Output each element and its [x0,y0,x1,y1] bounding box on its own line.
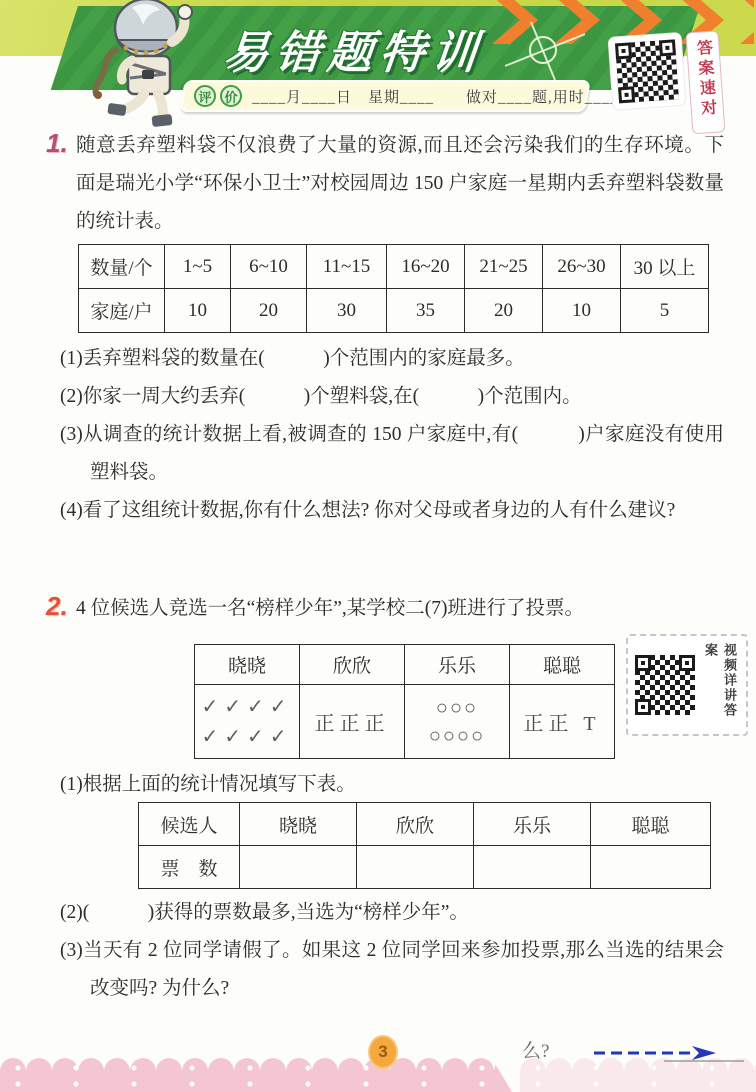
question: (1)根据上面的统计情况填写下表。 [46,766,724,804]
problem-2-number: 2. [46,591,68,622]
check-marks-icon: ✓✓✓✓ [197,692,297,722]
tally-marks: 正正正 [315,713,390,735]
problem-2: 2. 4 位候选人竞选一名“榜样少年”,某学校二(7)班进行了投票。 [46,590,724,628]
eval-badge-1: 评 [194,85,216,107]
qr-code-icon [635,655,695,715]
table-row: 票 数 [139,846,711,889]
table-cell: 乐乐 [474,803,591,846]
question: (1)丢弃塑料袋的数量在( )个范围内的家庭最多。 [46,340,724,378]
table-cell: 晓晓 [195,645,300,685]
page-title: 易错题特训 [221,16,488,81]
table-cell: 1~5 [165,245,231,289]
paper-plane-trail-icon [594,1044,744,1064]
table-cell: 5 [621,289,709,333]
tally-marks: 正正 T [523,713,600,735]
circle-marks-icon: ○○○○ [407,722,507,750]
evaluation-bar: 评 价 ____月____日 星期____ 做对____题,用时____分 [179,80,591,112]
table-cell-empty [357,846,474,889]
problem-2-question-1: (1)根据上面的统计情况填写下表。 [46,766,724,804]
problem-1: 1. 随意丢弃塑料袋不仅浪费了大量的资源,而且还会污染我们的生存环境。下面是瑞光… [46,127,724,241]
table-cell: 20 [231,289,307,333]
problem-2-intro: 4 位候选人竞选一名“榜样少年”,某学校二(7)班进行了投票。 [76,590,724,628]
tally-cell-congcong: 正正 T [510,685,615,759]
table-cell: 30 [307,289,387,333]
question: (2)你家一周大约丢弃( )个塑料袋,在( )个范围内。 [46,378,724,416]
table-cell: 10 [543,289,621,333]
table-cell: 乐乐 [405,645,510,685]
table-cell: 6~10 [231,245,307,289]
question: (3)从调查的统计数据上看,被调查的 150 户家庭中,有( )户家庭没有使用塑… [46,416,724,492]
check-marks-icon: ✓✓✓✓ [197,722,297,752]
workbook-page: 易错题特训 评 价 ____月____日 星期____ 做对____题,用时__… [0,0,756,1092]
table-cell: 候选人 [139,803,240,846]
table-cell-empty [591,846,711,889]
table-cell: 11~15 [307,245,387,289]
table-cell: 票 数 [139,846,240,889]
table-cell-empty [474,846,591,889]
bleed-through-text: 么? [522,1036,549,1063]
plastic-bag-table: 数量/个 1~5 6~10 11~15 16~20 21~25 26~30 30… [78,244,709,333]
table-row: 家庭/户 10 20 30 35 20 10 5 [79,289,709,333]
table-row: ✓✓✓✓ ✓✓✓✓ 正正正 ○○○ ○○○○ 正正 T [195,685,615,759]
eval-blanks-line: ____月____日 星期____ 做对____题,用时____分 [252,86,635,107]
tally-cell-xiaoxiao: ✓✓✓✓ ✓✓✓✓ [195,685,300,759]
astronaut-mascot [86,0,198,130]
table-cell: 26~30 [543,245,621,289]
question: (4)看了这组统计数据,你有什么想法? 你对父母或者身边的人有什么建议? [46,492,724,530]
eval-badge-2: 价 [220,85,242,107]
table-cell: 欣欣 [300,645,405,685]
table-cell: 20 [465,289,543,333]
footer-pink-scallop [0,1058,512,1092]
table-cell: 数量/个 [79,245,165,289]
problem-1-number: 1. [46,128,68,159]
page-number-badge: 3 [368,1035,398,1069]
table-row: 数量/个 1~5 6~10 11~15 16~20 21~25 26~30 30… [79,245,709,289]
problem-1-questions: (1)丢弃塑料袋的数量在( )个范围内的家庭最多。 (2)你家一周大约丢弃( )… [46,340,724,530]
table-cell: 10 [165,289,231,333]
answer-qr-block: 答案速对 [609,30,726,139]
table-cell: 聪聪 [591,803,711,846]
tally-cell-lele: ○○○ ○○○○ [405,685,510,759]
video-qr-block: 视频详讲答案 [626,634,748,736]
qr-code-icon [615,39,679,103]
qr-card [609,33,686,110]
video-qr-label: 视频详讲答案 [701,643,739,727]
table-cell: 欣欣 [357,803,474,846]
problem-2-questions-23: (2)( )获得的票数最多,当选为“榜样少年”。 (3)当天有 2 位同学请假了… [46,894,724,1008]
table-cell: 30 以上 [621,245,709,289]
tally-cell-xinxin: 正正正 [300,685,405,759]
crosshair-icon [505,22,585,80]
table-cell: 16~20 [387,245,465,289]
question: (2)( )获得的票数最多,当选为“榜样少年”。 [46,894,724,932]
answer-qr-label: 答案速对 [685,30,725,134]
table-cell: 家庭/户 [79,289,165,333]
vote-tally-table: 晓晓 欣欣 乐乐 聪聪 ✓✓✓✓ ✓✓✓✓ 正正正 ○○○ ○○○○ 正正 T [194,644,615,759]
table-cell: 21~25 [465,245,543,289]
table-cell: 35 [387,289,465,333]
question: (3)当天有 2 位同学请假了。如果这 2 位同学回来参加投票,那么当选的结果会… [46,932,724,1008]
table-row: 候选人 晓晓 欣欣 乐乐 聪聪 [139,803,711,846]
problem-1-intro: 随意丢弃塑料袋不仅浪费了大量的资源,而且还会污染我们的生存环境。下面是瑞光小学“… [76,127,724,241]
table-row: 晓晓 欣欣 乐乐 聪聪 [195,645,615,685]
table-cell: 晓晓 [240,803,357,846]
table-cell-empty [240,846,357,889]
circle-marks-icon: ○○○ [407,694,507,722]
vote-count-table: 候选人 晓晓 欣欣 乐乐 聪聪 票 数 [138,802,711,889]
table-cell: 聪聪 [510,645,615,685]
